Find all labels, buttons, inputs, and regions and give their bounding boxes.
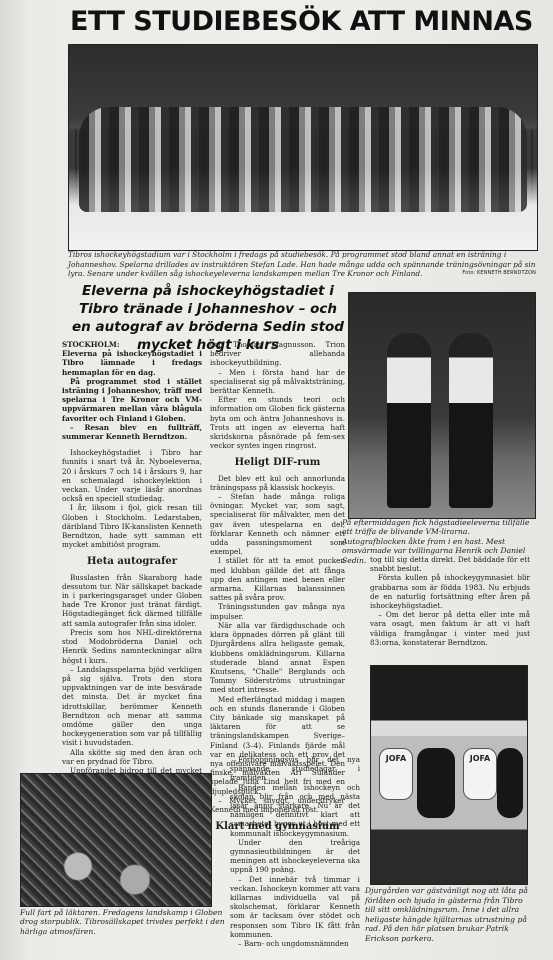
photo-credit: Foto: KENNETH BERNDTZON [462, 269, 536, 279]
body-paragraph: och Thomas Magnusson. Trion bedriver all… [210, 340, 345, 368]
body-paragraph: Det blev ett kul och annorlunda tränings… [210, 474, 345, 492]
body-paragraph: Ishockeyhögstadiet i Tibro har funnits i… [62, 448, 202, 503]
body-paragraph: – Stefan hade många roliga övningar. Myc… [210, 492, 345, 556]
body-paragraph: – Det innebär två timmar i veckan. Ishoc… [230, 875, 360, 939]
body-paragraph: Busslasten från Skaraborg hade dessutom … [62, 573, 202, 628]
column-2-lower: Förhoppningsvis blir det nya spännande s… [230, 755, 360, 948]
locker-photo-caption: Djurgården var gästvänligt nog att låta … [365, 886, 535, 944]
body-paragraph: Efter en stunds teori och information om… [210, 395, 345, 450]
body-paragraph: I år, liksom i fjol, gick resan till Glo… [62, 503, 202, 549]
body-paragraph: I stället för att ta emot pucken med klu… [210, 556, 345, 602]
lead-paragraph: Eleverna på ishockeyhögstadiet i Tibro l… [62, 349, 202, 377]
team-photo [68, 44, 538, 251]
goalie-pad-icon [417, 748, 455, 818]
section-heading: Heta autografer [62, 557, 202, 566]
body-paragraph: Banden mellan ishockeyn och skolan blir … [230, 783, 360, 838]
body-paragraph: Träningsstunden gav många nya impulser. [210, 602, 345, 620]
dateline: STOCKHOLM: [62, 340, 202, 349]
body-paragraph: tog till sig detta direkt. Det bäddade f… [370, 555, 530, 573]
headline: ETT STUDIEBESÖK ATT MINNAS [70, 6, 540, 37]
body-paragraph: – Om det beror på detta eller inte må va… [370, 610, 530, 647]
body-paragraph: – Landslagsspelarna bjöd verkligen på si… [62, 665, 202, 748]
locker-room-photo: JOFA JOFA [370, 665, 528, 885]
sedin-twins-photo [348, 292, 536, 519]
body-paragraph: – Men i första hand har de specialiserat… [210, 368, 345, 396]
body-paragraph: Alla skötte sig med den äran och var en … [62, 748, 202, 766]
player-figure [387, 333, 431, 508]
body-paragraph: När alla var färdigduschade och klara öp… [210, 621, 345, 695]
glove-icon: JOFA [463, 748, 497, 800]
body-paragraph: Förhoppningsvis blir det nya spännande s… [230, 755, 360, 783]
player-figure [449, 333, 493, 508]
body-paragraph: Precis som hos NHL-direktörerna stod Mod… [62, 628, 202, 665]
body-paragraph: Under den treåriga gymnasieutbildningen … [230, 838, 360, 875]
team-players-group [79, 107, 527, 212]
crowd-photo-caption: Full fart på läktaren. Fredagens landska… [20, 908, 230, 936]
glove-icon: JOFA [379, 748, 413, 800]
body-paragraph: Första kullen på ishockeygymnasiet blir … [370, 573, 530, 610]
body-paragraph: – Barn- och ungdomsnämnden [230, 939, 360, 948]
goalie-pad-icon [497, 748, 523, 818]
section-heading: Heligt DIF-rum [210, 458, 345, 467]
team-photo-caption: Tibros ishockeyhögstadium var i Stockhol… [68, 250, 536, 279]
column-3: tog till sig detta direkt. Det bäddade f… [370, 555, 530, 647]
newspaper-page: ETT STUDIEBESÖK ATT MINNAS Tibros ishock… [0, 0, 553, 960]
lead-paragraph: – Resan blev en fullträff, summerar Kenn… [62, 423, 202, 441]
crowd-photo [20, 773, 212, 907]
lead-paragraph: På programmet stod i stället isträning i… [62, 377, 202, 423]
